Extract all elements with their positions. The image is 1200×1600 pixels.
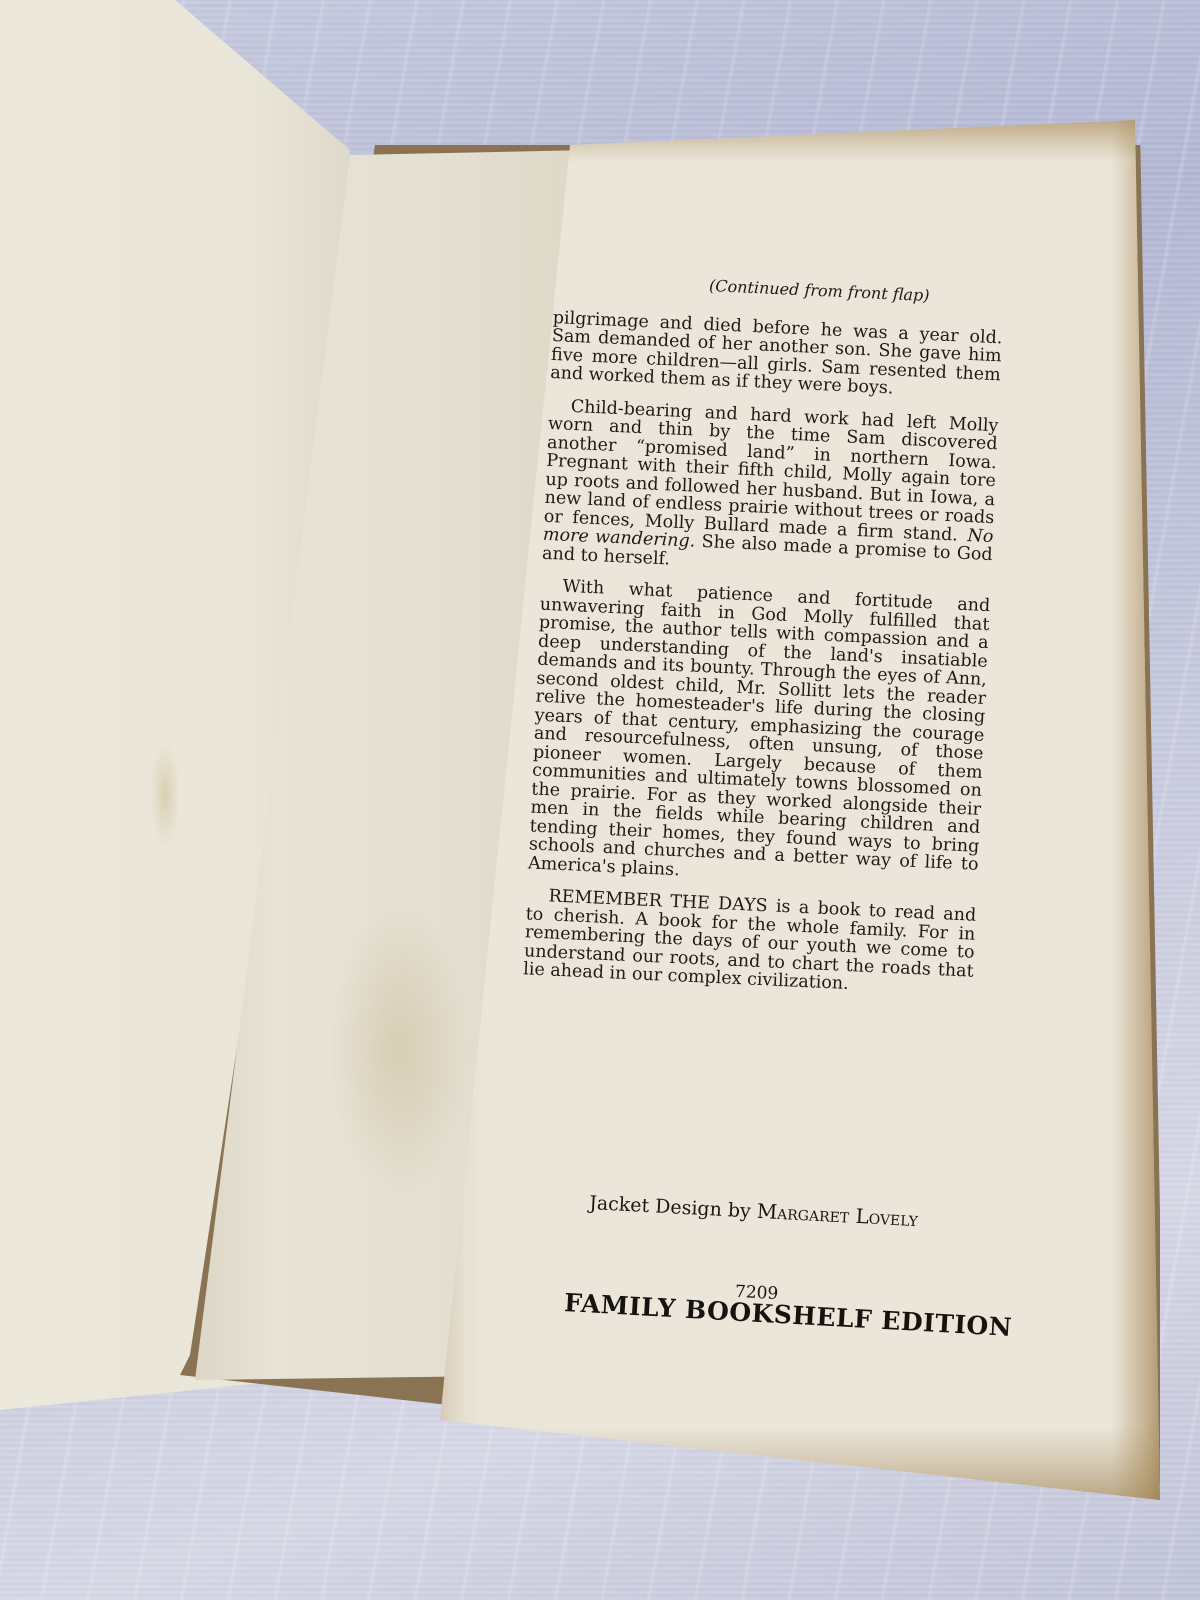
foxing-stain xyxy=(150,740,180,850)
paragraph: pilgrimage and died before he was a year… xyxy=(550,308,1003,402)
flap-text: (Continued from front flap) pilgrimage a… xyxy=(522,270,1004,1013)
paragraph: REMEMBER THE DAYS is a book to read and … xyxy=(523,886,977,999)
foxing-stain xyxy=(330,900,470,1200)
paragraph-text: Child-bearing and hard work had left Mol… xyxy=(543,396,998,545)
paragraph: With what patience and fortitude and unw… xyxy=(528,577,991,893)
paragraph: Child-bearing and hard work had left Mol… xyxy=(542,396,999,583)
